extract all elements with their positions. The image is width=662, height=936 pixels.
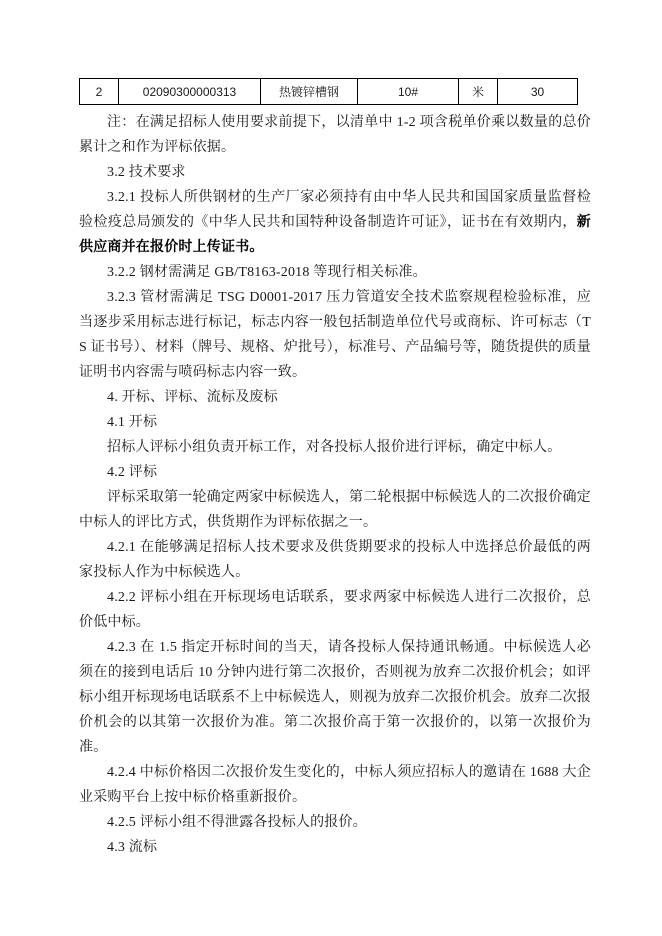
heading-3-2: 3.2 技术要求 xyxy=(79,160,591,185)
paragraph-3-2-1-text: 3.2.1 投标人所供钢材的生产厂家必须持有由中华人民共和国国家质量监督检验检疫… xyxy=(79,190,591,230)
goods-table: 2 02090300000313 热镀锌槽钢 10# 米 30 xyxy=(79,78,578,105)
paragraph-3-2-3: 3.2.3 管材需满足 TSG D0001-2017 压力管道安全技术监察规程检… xyxy=(79,285,591,385)
cell-spec: 10# xyxy=(358,79,459,105)
paragraph-3-2-2: 3.2.2 钢材需满足 GB/T8163-2018 等现行相关标准。 xyxy=(79,260,591,285)
paragraph-4-2-1: 4.2.1 在能够满足招标人技术要求及供货期要求的投标人中选择总价最低的两家投标… xyxy=(79,535,591,585)
heading-4: 4. 开标、评标、流标及废标 xyxy=(79,385,591,410)
heading-4-3: 4.3 流标 xyxy=(79,835,591,860)
table-row: 2 02090300000313 热镀锌槽钢 10# 米 30 xyxy=(80,79,578,105)
cell-quantity: 30 xyxy=(498,79,578,105)
paragraph-4-2-5: 4.2.5 评标小组不得泄露各投标人的报价。 xyxy=(79,810,591,835)
cell-unit: 米 xyxy=(459,79,498,105)
paragraph-4-1: 招标人评标小组负责开标工作，对各投标人报价进行评标，确定中标人。 xyxy=(79,435,591,460)
heading-4-1: 4.1 开标 xyxy=(79,410,591,435)
paragraph-3-2-1: 3.2.1 投标人所供钢材的生产厂家必须持有由中华人民共和国国家质量监督检验检疫… xyxy=(79,185,591,260)
cell-material-code: 02090300000313 xyxy=(119,79,261,105)
document-page: 2 02090300000313 热镀锌槽钢 10# 米 30 注：在满足招标人… xyxy=(0,0,662,936)
paragraph-4-2-3: 4.2.3 在 1.5 指定开标时间的当天，请各投标人保持通讯畅通。中标候选人必… xyxy=(79,635,591,760)
paragraph-4-2-2: 4.2.2 评标小组在开标现场电话联系，要求两家中标候选人进行二次报价，总价低中… xyxy=(79,585,591,635)
paragraph-4-2-4: 4.2.4 中标价格因二次报价发生变化的，中标人须应招标人的邀请在 1688 大… xyxy=(79,760,591,810)
document-body: 注：在满足招标人使用要求前提下，以清单中 1-2 项含税单价乘以数量的总价累计之… xyxy=(79,110,591,860)
paragraph-4-2: 评标采取第一轮确定两家中标候选人，第二轮根据中标候选人的二次报价确定中标人的评比… xyxy=(79,485,591,535)
cell-material-name: 热镀锌槽钢 xyxy=(261,79,358,105)
note-paragraph: 注：在满足招标人使用要求前提下，以清单中 1-2 项含税单价乘以数量的总价累计之… xyxy=(79,110,591,160)
cell-row-index: 2 xyxy=(80,79,119,105)
heading-4-2: 4.2 评标 xyxy=(79,460,591,485)
